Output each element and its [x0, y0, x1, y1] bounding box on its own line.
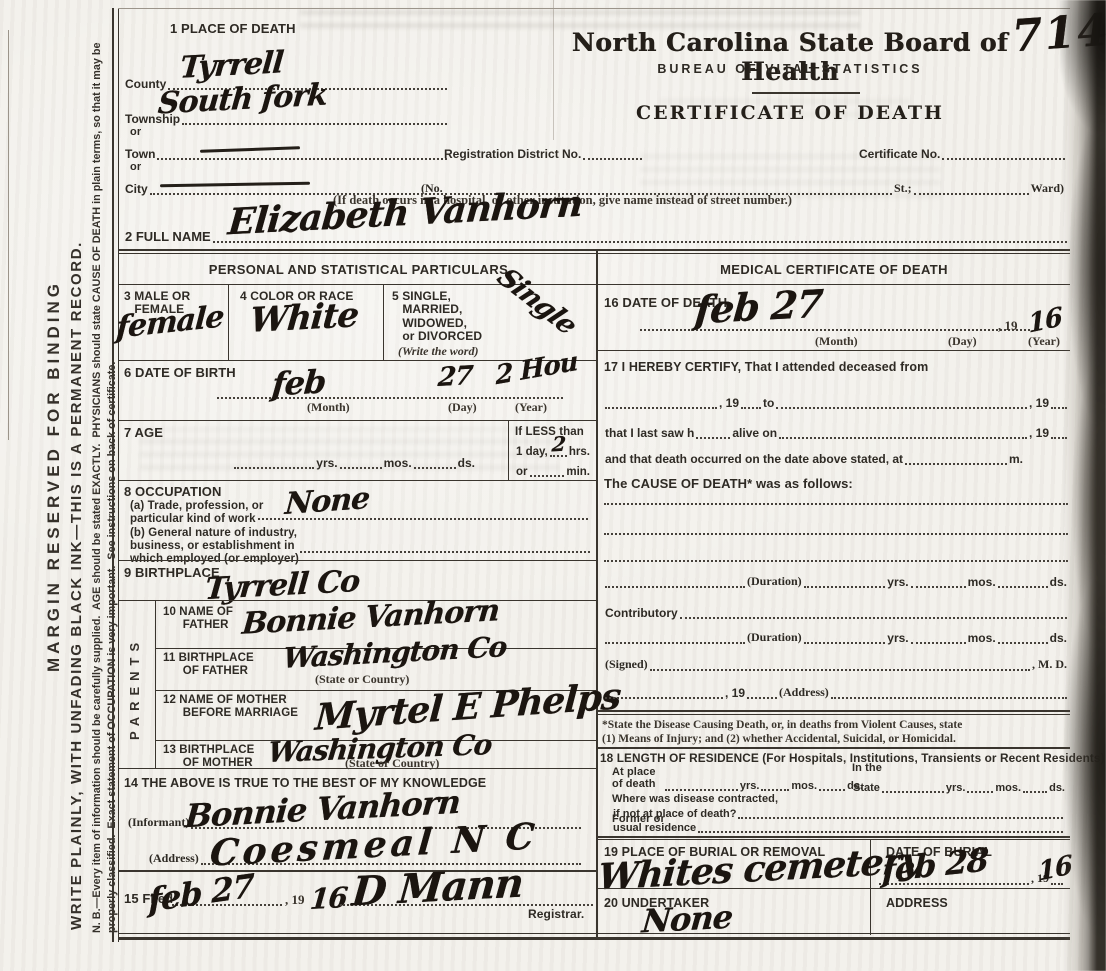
usual-residence-line: usual residence — [612, 816, 1064, 834]
or-label: or — [516, 466, 528, 478]
dotted-filler — [779, 433, 1027, 439]
yrs-label: yrs. — [740, 780, 760, 792]
duration-caption: (Duration) — [747, 574, 802, 589]
age-hours-value: 2 — [551, 432, 566, 457]
month-caption: (Month) — [307, 400, 350, 415]
mos-label: mos. — [968, 631, 996, 645]
at-place-label: At place of death — [612, 766, 656, 791]
dotted-filler — [696, 433, 730, 439]
death-certificate-scan: MARGIN RESERVED FOR BINDING WRITE PLAINL… — [0, 0, 1106, 971]
registration-district-label: Registration District No. — [444, 147, 581, 161]
father-birthplace-label: 11 BIRTHPLACE OF FATHER — [163, 652, 254, 678]
state-country-caption: (State or Country) — [315, 672, 409, 687]
one-day-label: 1 day, — [516, 446, 548, 458]
dotted-filler — [882, 787, 944, 793]
cause-of-death-label: The CAUSE OF DEATH* was as follows: — [604, 477, 853, 492]
dotted-filler — [911, 638, 966, 644]
dotted-filler — [157, 154, 447, 160]
day-caption: (Day) — [948, 334, 977, 349]
race-value: White — [248, 295, 360, 341]
duration-caption: (Duration) — [747, 630, 802, 645]
section-divider — [597, 714, 1070, 715]
to-label: to — [763, 396, 774, 410]
dotted-filler — [605, 693, 723, 699]
header-rule — [752, 92, 860, 94]
age-mos-label: mos. — [384, 456, 412, 470]
st-label: St.; — [894, 181, 912, 196]
contributory-line: Contributory — [604, 602, 1068, 620]
section-divider — [597, 836, 1070, 838]
cell-divider — [228, 285, 229, 360]
mother-name-label: 12 NAME OF MOTHER BEFORE MARRIAGE — [163, 694, 298, 720]
duration-line-2: (Duration) yrs. mos. ds. — [604, 627, 1068, 645]
n19-label: , 19 — [998, 318, 1018, 334]
dotted-filler — [776, 403, 1027, 409]
dotted-filler — [819, 785, 845, 791]
dotted-filler — [741, 403, 761, 409]
dotted-filler — [680, 613, 1067, 619]
age-subbox-divider — [508, 420, 509, 480]
page-edge-line — [8, 30, 9, 440]
hrs-label: hrs. — [569, 446, 590, 458]
section-divider — [118, 249, 1070, 251]
dotted-filler — [747, 693, 777, 699]
age-ds-label: ds. — [458, 456, 475, 470]
row-line — [597, 350, 1070, 351]
bottom-border — [118, 937, 1070, 940]
year-caption: (Year) — [515, 400, 547, 415]
dotted-filler — [650, 665, 1030, 671]
mother-birthplace-label: 13 BIRTHPLACE OF MOTHER — [163, 744, 254, 770]
mos-label: mos. — [968, 575, 996, 589]
dob-label: 6 DATE OF BIRTH — [124, 366, 236, 381]
row-line — [118, 560, 597, 561]
certificate-no-label: Certificate No. — [859, 147, 940, 161]
section-divider — [597, 710, 1070, 712]
parents-label: PARENTS — [127, 637, 142, 740]
at-place-units-line: yrs. mos. ds. — [664, 774, 864, 792]
undertaker-value: None — [640, 898, 733, 941]
margin-nb-note: N. B.—Every item of information should b… — [90, 33, 120, 933]
dotted-filler — [1023, 787, 1047, 793]
town-field: Town — [124, 143, 448, 161]
dotted-filler — [605, 582, 745, 588]
registration-district-field: Registration District No. — [443, 143, 643, 161]
dotted-filler — [234, 463, 314, 469]
last-saw-line: that I last saw h alive on , 19 — [604, 422, 1068, 440]
dotted-filler — [911, 582, 966, 588]
state-units-line: State yrs. mos. ds. — [852, 776, 1066, 794]
dotted-filler — [213, 237, 1067, 243]
last-saw-label: that I last saw h — [605, 426, 694, 440]
state-label: State — [853, 782, 880, 794]
parents-strip-divider — [155, 600, 156, 768]
n19-label: , 19 — [725, 686, 745, 700]
age-label: 7 AGE — [124, 426, 163, 441]
filed-year-value: 16 — [309, 881, 349, 916]
marital-label: 5 SINGLE, MARRIED, WIDOWED, or DIVORCED — [392, 290, 482, 344]
dob-year-value: 2 Hou — [495, 347, 578, 392]
if-less-label: If LESS than — [515, 426, 584, 439]
signed-line: (Signed) , M. D. — [604, 654, 1068, 672]
dotted-filler — [698, 827, 1063, 833]
rule-line — [118, 284, 1070, 285]
address-caption: (Address) — [779, 685, 829, 700]
marital-instruction: (Write the word) — [398, 344, 478, 359]
dotted-filler — [665, 785, 738, 791]
month-caption: (Month) — [815, 334, 858, 349]
rule-line — [597, 747, 1070, 749]
bottom-border — [118, 933, 1070, 934]
dotted-filler — [530, 471, 565, 477]
cause-dotted — [604, 530, 1068, 535]
death-occurred-label: and that death occurred on the date abov… — [605, 452, 903, 466]
dotted-filler — [414, 463, 456, 469]
binding-rule — [112, 8, 114, 942]
undertaker-address-label: ADDRESS — [886, 896, 948, 910]
cell-divider — [383, 285, 384, 360]
form-top-border — [118, 8, 1070, 9]
row-line — [597, 888, 1070, 889]
violent-causes-footnote: *State the Disease Causing Death, or, in… — [602, 719, 1068, 746]
cause-dotted — [604, 500, 1068, 505]
usual-residence-label: usual residence — [613, 822, 696, 834]
registrar-caption: Registrar. — [528, 908, 584, 921]
place-of-death-section-label: 1 PLACE OF DEATH — [170, 22, 296, 37]
dob-dotted-line — [217, 394, 563, 399]
address-caption: (Address) — [149, 851, 199, 866]
dotted-filler — [967, 787, 993, 793]
alive-on-label: alive on — [732, 426, 777, 440]
margin-ink-note: WRITE PLAINLY, WITH UNFADING BLACK INK—T… — [68, 241, 85, 930]
or-label: or — [130, 126, 141, 138]
age-units-line: yrs. mos. ds. — [233, 452, 476, 470]
certify-label: 17 I HEREBY CERTIFY, That I attended dec… — [604, 360, 928, 374]
dotted-filler — [605, 638, 745, 644]
m-label: m. — [1009, 452, 1023, 466]
scan-edge-artifact — [1060, 0, 1106, 971]
age-yrs-label: yrs. — [316, 456, 337, 470]
city-label: City — [125, 182, 148, 196]
dotted-filler — [182, 119, 447, 125]
dod-value: feb 27 — [693, 281, 824, 333]
bureau-subtitle: BUREAU OF VITAL STATISTICS — [560, 62, 1020, 76]
n19-label: , 19 — [1029, 396, 1049, 410]
binding-rule-inner — [118, 8, 119, 942]
dotted-filler — [761, 785, 789, 791]
informant-caption: (Informant) — [128, 815, 189, 830]
minutes-line: or min. — [515, 460, 591, 478]
day-caption: (Day) — [448, 400, 477, 415]
row-line — [118, 768, 597, 769]
section-divider — [597, 839, 1070, 840]
filed-date-value: feb 27 — [149, 866, 254, 919]
dotted-filler — [583, 154, 642, 160]
yrs-label: yrs. — [946, 782, 966, 794]
or-label: or — [130, 161, 141, 173]
contributory-label: Contributory — [605, 606, 678, 620]
certificate-no-field: Certificate No. — [858, 143, 1066, 161]
medical-section-title: MEDICAL CERTIFICATE OF DEATH — [598, 263, 1070, 278]
dotted-filler — [942, 154, 1065, 160]
dob-day-value: 27 — [437, 361, 474, 393]
filed-19-label: , 19 — [285, 892, 305, 908]
cause-dotted — [604, 557, 1068, 562]
dotted-filler — [998, 582, 1048, 588]
n19-label: , 19 — [719, 396, 739, 410]
dotted-filler — [914, 189, 1029, 195]
full-name-label: 2 FULL NAME — [125, 229, 211, 244]
margin-binding-note: MARGIN RESERVED FOR BINDING — [44, 280, 64, 672]
yrs-label: yrs. — [887, 631, 908, 645]
dotted-filler — [340, 463, 382, 469]
certificate-title: CERTIFICATE OF DEATH — [560, 102, 1020, 124]
row-line — [118, 420, 597, 421]
yrs-label: yrs. — [887, 575, 908, 589]
duration-line: (Duration) yrs. mos. ds. — [604, 571, 1068, 589]
n19-label: , 19 — [1029, 426, 1049, 440]
dob-month-value: feb — [270, 362, 327, 403]
occupation-a-label: (a) Trade, profession, or particular kin… — [130, 500, 264, 526]
town-label: Town — [125, 147, 155, 161]
dotted-filler — [998, 638, 1048, 644]
occupation-value: None — [284, 481, 371, 522]
occupation-b-dotted — [300, 548, 590, 553]
min-label: min. — [566, 466, 590, 478]
father-name-label: 10 NAME OF FATHER — [163, 606, 233, 632]
occupation-label: 8 OCCUPATION — [124, 485, 222, 500]
ward-label: Ward) — [1031, 181, 1064, 196]
attended-from-line: , 19 to , 19 — [604, 392, 1068, 410]
mos-label: mos. — [995, 782, 1021, 794]
dotted-filler — [905, 459, 1007, 465]
header-fold-line — [553, 0, 554, 140]
section-divider — [118, 253, 1070, 254]
dotted-filler — [804, 638, 886, 644]
in-the-label: In the — [852, 762, 882, 774]
signed-date-line: , 19 (Address) — [604, 682, 1068, 700]
signed-caption: (Signed) — [605, 657, 648, 672]
org-title: North Carolina State Board of Health — [560, 28, 1020, 86]
death-occurred-line: and that death occurred on the date abov… — [604, 448, 1024, 466]
mos-label: mos. — [791, 780, 817, 792]
registrar-signature: D Mann — [350, 859, 525, 915]
bleedthrough-smudge — [300, 2, 860, 28]
dotted-filler — [804, 582, 886, 588]
dotted-filler — [605, 403, 717, 409]
dotted-filler — [831, 693, 1067, 699]
